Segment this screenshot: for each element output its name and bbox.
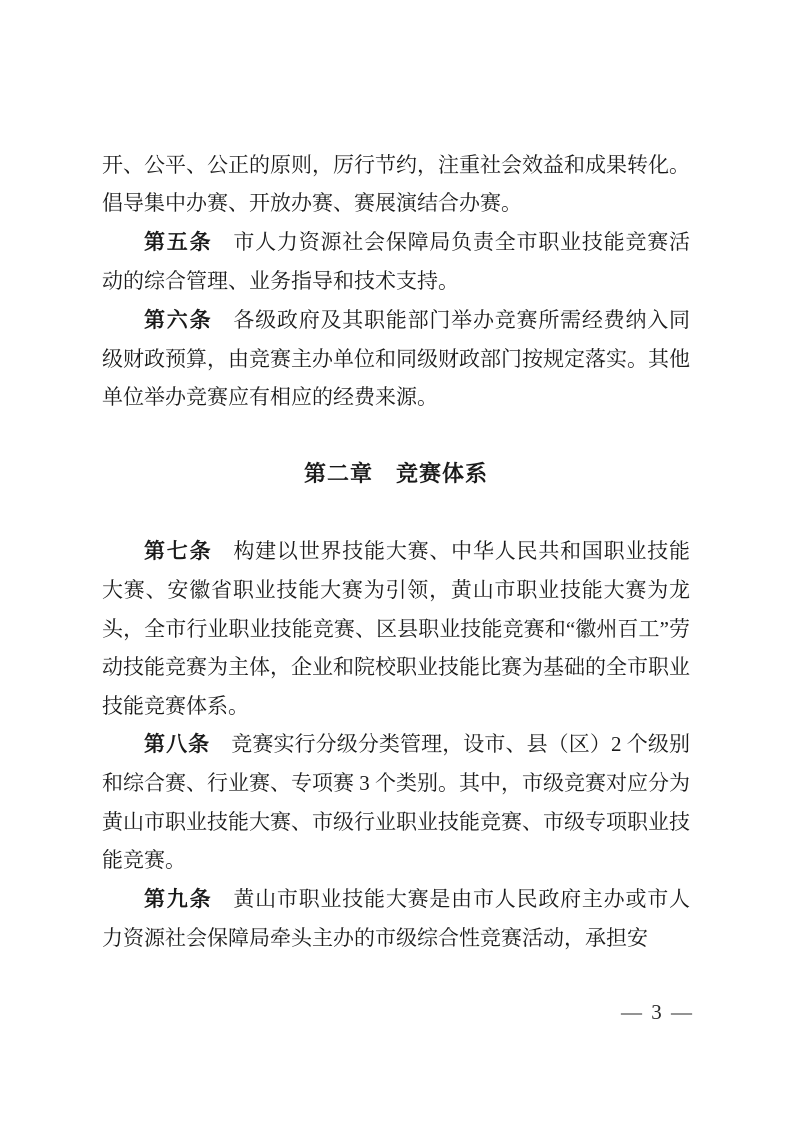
page-number: — 3 — [621, 1000, 694, 1024]
article-paragraph-7: 第七条构建以世界技能大赛、中华人民共和国职业技能大赛、安徽省职业技能大赛为引领，… [102, 532, 690, 725]
article-8-label: 第八条 [144, 733, 210, 756]
continuation-paragraph: 开、公平、公正的原则，厉行节约，注重社会效益和成果转化。倡导集中办赛、开放办赛、… [102, 146, 690, 223]
article-7-text: 构建以世界技能大赛、中华人民共和国职业技能大赛、安徽省职业技能大赛为引领，黄山市… [102, 539, 690, 718]
article-6-label: 第六条 [144, 309, 212, 332]
article-9-label: 第九条 [144, 888, 212, 911]
article-paragraph-5: 第五条市人力资源社会保障局负责全市职业技能竞赛活动的综合管理、业务指导和技术支持… [102, 223, 690, 301]
article-paragraph-9: 第九条黄山市职业技能大赛是由市人民政府主办或市人力资源社会保障局牵头主办的市级综… [102, 880, 690, 958]
article-7-label: 第七条 [144, 540, 212, 563]
article-paragraph-8: 第八条竞赛实行分级分类管理，设市、县（区）2 个级别和综合赛、行业赛、专项赛 3… [102, 725, 690, 880]
article-paragraph-6: 第六条各级政府及其职能部门举办竞赛所需经费纳入同级财政预算，由竞赛主办单位和同级… [102, 301, 690, 417]
continuation-paragraph-text: 开、公平、公正的原则，厉行节约，注重社会效益和成果转化。倡导集中办赛、开放办赛、… [102, 153, 690, 215]
chapter-heading: 第二章 竞赛体系 [102, 455, 690, 493]
document-body: 开、公平、公正的原则，厉行节约，注重社会效益和成果转化。倡导集中办赛、开放办赛、… [102, 146, 690, 958]
document-page: 开、公平、公正的原则，厉行节约，注重社会效益和成果转化。倡导集中办赛、开放办赛、… [0, 0, 794, 1123]
article-5-label: 第五条 [144, 231, 212, 254]
